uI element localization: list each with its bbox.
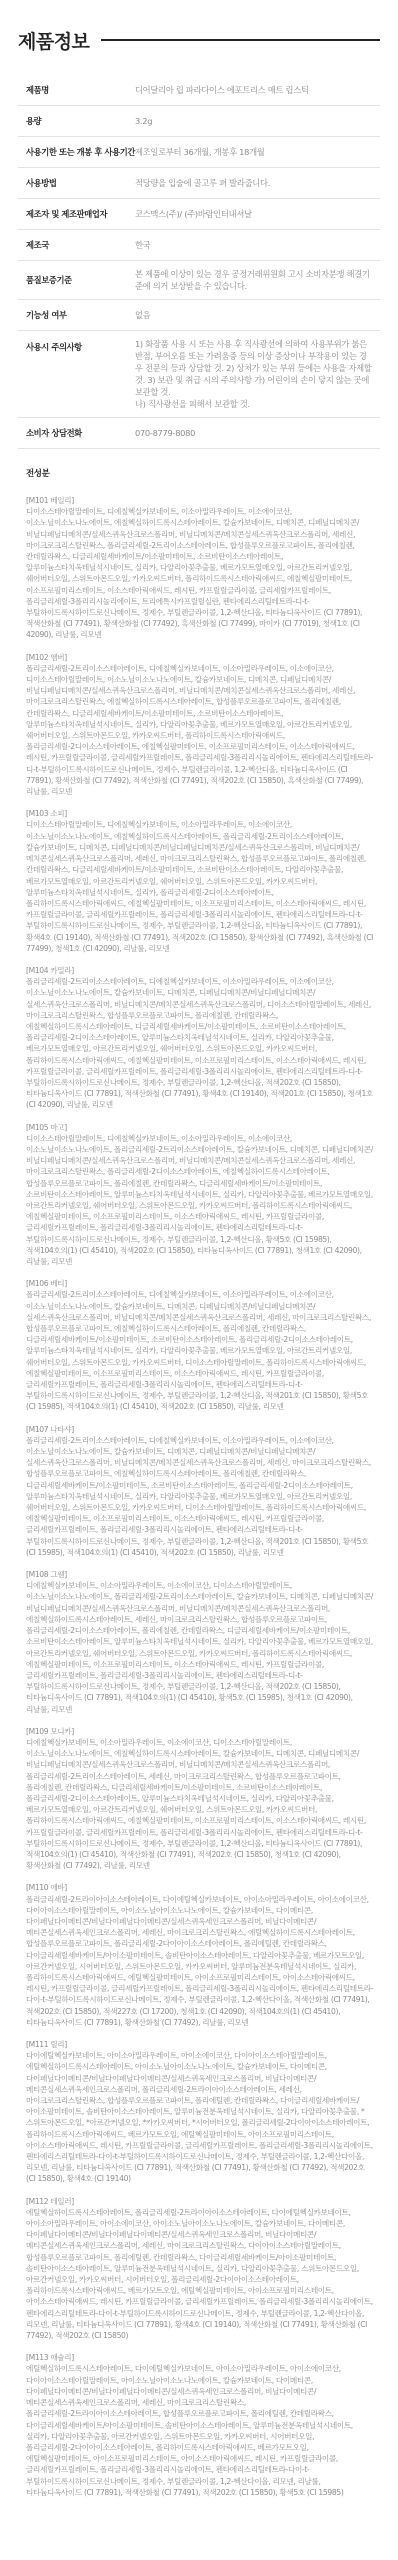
- info-value: 디어달리아 립 파라다이스 에포트리스 매트 립스틱: [135, 75, 380, 106]
- shade-name: [M110 에바]: [26, 1882, 374, 1893]
- info-row-usage: 사용방법 적당량을 입술에 골고루 펴 발라줍니다.: [18, 168, 380, 199]
- ingredient-text: 폴리글리세릴-2트리이소스테아레이트, 디에칠헥실카보네이트, 이소아밀라우레이…: [26, 1289, 374, 1412]
- ingredient-text: 에틸헥실하이드록시스테아레이트, 다이에틸헥실카보네이트, 아이소아밀라우레이트…: [26, 2363, 374, 2497]
- product-info-table: 제품명 디어달리아 립 파라다이스 에포트리스 매트 립스틱 용량 3.2g 사…: [18, 75, 380, 449]
- shade-name: [M107 나타샤]: [26, 1424, 374, 1435]
- info-row-expiry: 사용기한 또는 개봉 후 사용기간 제조일로부터 36개월, 개봉후 18개월: [18, 137, 380, 168]
- title-divider: [101, 39, 380, 41]
- info-value: 코스맥스(주)/ (주)바람인터내셔날: [135, 199, 380, 230]
- ingredient-block-m104: [M104 카밀라] 폴리글리세릴-2트리이소스테아레이트, 디에칠헥실카보네이…: [26, 965, 374, 1111]
- ingredient-text: 디이소스테아릴말레이트, 디에칠헥실카보네이트, 이소아밀라우레이트, 이소에이…: [26, 819, 374, 953]
- info-label: 제품명: [18, 75, 135, 106]
- shade-name: [M102 엠버]: [26, 652, 374, 663]
- info-value: 본 제품에 이상이 있는 경우 공정거래위원회 고시 소비자분쟁 해결기준에 의…: [135, 261, 380, 300]
- ingredient-block-m113: [M113 애슐리] 에틸헥실하이드록시스테아레이트, 다이에틸헥실카보네이트,…: [26, 2352, 374, 2498]
- ingredient-block-m103: [M103 소피] 디이소스테아릴말레이트, 디에칠헥실카보네이트, 이소아밀라…: [26, 808, 374, 954]
- ingredient-text: 디에칠헥실카보네이트, 이소아밀라우레이트, 이소에이코산, 디이소스테아릴말레…: [26, 1737, 374, 1871]
- ingredient-block-m109: [M109 모니카] 디에칠헥실카보네이트, 이소아밀라우레이트, 이소에이코산…: [26, 1726, 374, 1872]
- ingredient-text: 폴리글리세릴-2트라이아이소스테아레이트, 다이에틸헥실카보네이트, 아이소아밀…: [26, 1894, 374, 2028]
- ingredient-text: 폴리글리세릴-2트리이소스테아레이트, 디에칠헥실카보네이트, 이소아밀라우레이…: [26, 976, 374, 1110]
- info-row-country: 제조국 한국: [18, 230, 380, 261]
- info-label: 제조국: [18, 230, 135, 261]
- shade-name: [M105 마고]: [26, 1122, 374, 1133]
- shade-name: [M106 베티]: [26, 1278, 374, 1289]
- info-value: 제조일로부터 36개월, 개봉후 18개월: [135, 137, 380, 168]
- ingredient-block-m107: [M107 나타샤] 폴리글리세릴-2트리이소스테아레이트, 디에칠헥실카보네이…: [26, 1424, 374, 1558]
- ingredient-text: 디이소스테아릴말레이트, 디에칠헥실카보네이트, 이소아밀라우레이트, 이소에이…: [26, 1133, 374, 1267]
- info-value: 3.2g: [135, 106, 380, 137]
- shade-name: [M108 그웬]: [26, 1569, 374, 1580]
- ingredient-block-m101: [M101 베일리] 디이소스테아릴말레이트, 디에칠헥실카보네이트, 이소아밀…: [26, 495, 374, 641]
- ingredient-block-m102: [M102 엠버] 폴리글리세릴-2트리이소스테아레이트, 디에칠헥실카보네이트…: [26, 652, 374, 798]
- product-info-page: 제품정보 제품명 디어달리아 립 파라다이스 에포트리스 매트 립스틱 용량 3…: [0, 0, 398, 2498]
- ingredient-block-m105: [M105 마고] 디이소스테아릴말레이트, 디에칠헥실카보네이트, 이소아밀라…: [26, 1122, 374, 1268]
- info-row-manufacturer: 제조자 및 제조판매업자 코스맥스(주)/ (주)바람인터내셔날: [18, 199, 380, 230]
- ingredient-block-m106: [M106 베티] 폴리글리세릴-2트리이소스테아레이트, 디에칠헥실카보네이트…: [26, 1278, 374, 1412]
- info-label: 기능성 여부: [18, 300, 135, 331]
- shade-name: [M113 애슐리]: [26, 2352, 374, 2363]
- shade-name: [M109 모니카]: [26, 1726, 374, 1737]
- shade-name: [M103 소피]: [26, 808, 374, 819]
- info-row-functional: 기능성 여부 없음: [18, 300, 380, 331]
- shade-name: [M112 테일러]: [26, 2196, 374, 2207]
- ingredient-text: 디에칠헥실카보네이트, 이소아밀라우레이트, 이소에이코산, 디이소스테아릴말레…: [26, 1580, 374, 1714]
- ingredient-block-m110: [M110 에바] 폴리글리세릴-2트라이아이소스테아레이트, 다이에틸헥실카보…: [26, 1882, 374, 2028]
- info-label: 용량: [18, 106, 135, 137]
- shade-name: [M101 베일리]: [26, 495, 374, 506]
- ingredient-text: 폴리글리세릴-2트리이소스테아레이트, 디에칠헥실카보네이트, 이소아밀라우레이…: [26, 1435, 374, 1558]
- info-row-product-name: 제품명 디어달리아 립 파라다이스 에포트리스 매트 립스틱: [18, 75, 380, 106]
- ingredient-text: 디이소스테아릴말레이트, 디에칠헥실카보네이트, 이소아밀라우레이트, 이소에이…: [26, 506, 374, 640]
- info-value: 070-8779-8080: [135, 418, 380, 449]
- info-label: 사용시 주의사항: [18, 331, 135, 418]
- info-label: 사용기한 또는 개봉 후 사용기간: [18, 137, 135, 168]
- ingredients-heading: 전성분: [18, 467, 380, 479]
- page-title: 제품정보: [18, 27, 89, 54]
- info-row-precautions: 사용시 주의사항 1) 화장품 사용 시 또는 사용 후 직사광선에 의하여 사…: [18, 331, 380, 418]
- ingredient-text: 에틸헥실하이드록시스테아레이트, 폴리글리세릴-2트라이아이소스테아레이트, 다…: [26, 2207, 374, 2341]
- info-value: 1) 화장품 사용 시 또는 사용 후 직사광선에 의하여 사용부위가 붉은 반…: [135, 331, 380, 418]
- ingredient-text: 폴리글리세릴-2트리이소스테아레이트, 디에칠헥실카보네이트, 이소아밀라우레이…: [26, 663, 374, 797]
- ingredient-text: 다이에틸헥실카보네이트, 아이소아밀라우레이트, 아이소에이코산, 다이아이소스…: [26, 2050, 374, 2184]
- ingredient-block-m112: [M112 테일러] 에틸헥실하이드록시스테아레이트, 폴리글리세릴-2트라이아…: [26, 2196, 374, 2342]
- info-row-quality-standard: 품질보증기준 본 제품에 이상이 있는 경우 공정거래위원회 고시 소비자분쟁 …: [18, 261, 380, 300]
- info-label: 제조자 및 제조판매업자: [18, 199, 135, 230]
- ingredients-list: [M101 베일리] 디이소스테아릴말레이트, 디에칠헥실카보네이트, 이소아밀…: [18, 495, 380, 2498]
- ingredient-block-m108: [M108 그웬] 디에칠헥실카보네이트, 이소아밀라우레이트, 이소에이코산,…: [26, 1569, 374, 1715]
- section-header: 제품정보: [18, 20, 380, 60]
- info-label: 품질보증기준: [18, 261, 135, 300]
- info-value: 없음: [135, 300, 380, 331]
- info-row-customer-phone: 소비자 상담전화 070-8779-8080: [18, 418, 380, 449]
- info-value: 한국: [135, 230, 380, 261]
- info-row-volume: 용량 3.2g: [18, 106, 380, 137]
- info-label: 소비자 상담전화: [18, 418, 135, 449]
- info-label: 사용방법: [18, 168, 135, 199]
- shade-name: [M104 카밀라]: [26, 965, 374, 976]
- info-value: 적당량을 입술에 골고루 펴 발라줍니다.: [135, 168, 380, 199]
- shade-name: [M111 릴리]: [26, 2039, 374, 2050]
- ingredient-block-m111: [M111 릴리] 다이에틸헥실카보네이트, 아이소아밀라우레이트, 아이소에이…: [26, 2039, 374, 2185]
